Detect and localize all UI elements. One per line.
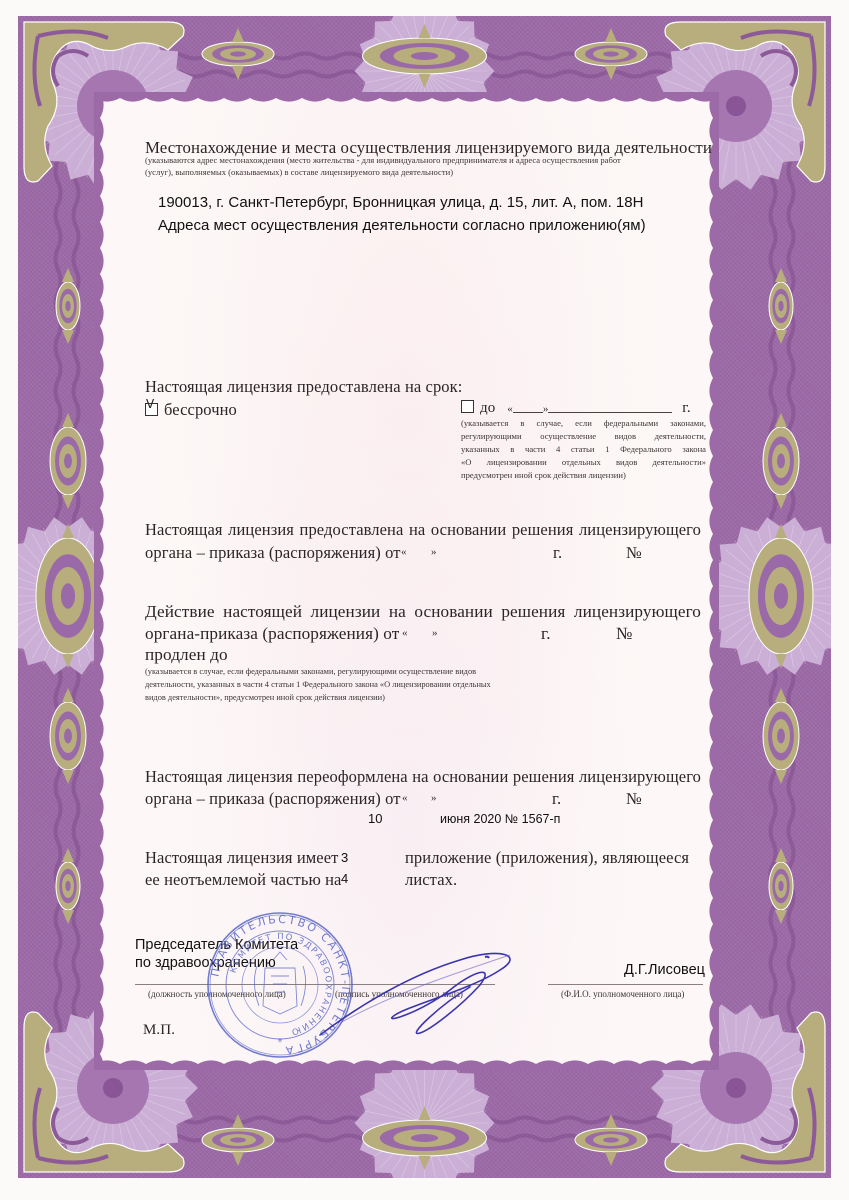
attachments-count: 3 xyxy=(341,850,348,865)
extension-quote-close: » xyxy=(432,627,438,639)
location-note-line2: (услуг), выполняемых (оказываемых) в сос… xyxy=(145,166,453,179)
extension-line3: продлен до xyxy=(145,645,228,665)
attachments-line2-left: ее неотъемлемой частью на xyxy=(145,870,341,890)
basis-line2: органа – приказа (распоряжения) от xyxy=(145,543,401,563)
extension-year-label: г. xyxy=(541,624,551,644)
attachments-line1-right: приложение (приложения), являющееся xyxy=(405,848,689,868)
reissue-filled-day: 10 xyxy=(368,811,382,826)
basis-line1: Настоящая лицензия предоставлена на осно… xyxy=(145,520,701,540)
document-paper xyxy=(94,92,719,1070)
reissue-line2: органа – приказа (распоряжения) от xyxy=(145,789,401,809)
until-month-year-field[interactable] xyxy=(548,400,672,413)
seal-place-label: М.П. xyxy=(143,1022,175,1039)
paper-wavy-edge xyxy=(94,92,719,1070)
term-option-unlimited[interactable]: Vбессрочно xyxy=(145,400,237,420)
until-label: до xyxy=(480,400,495,416)
reissue-quote-close: » xyxy=(431,792,437,804)
basis-quote-open: « xyxy=(401,546,407,558)
term-option-until[interactable]: до «» г. xyxy=(461,400,691,417)
reissue-line1: Настоящая лицензия переоформлена на осно… xyxy=(145,767,701,787)
name-line xyxy=(548,984,703,985)
extension-number-label: № xyxy=(616,624,633,644)
term-heading: Настоящая лицензия предоставлена на срок… xyxy=(145,377,462,397)
extension-line2: органа-приказа (распоряжения) от xyxy=(145,624,399,644)
license-address: 190013, г. Санкт-Петербург, Бронницкая у… xyxy=(158,194,643,211)
activity-places: Адреса мест осуществления деятельности с… xyxy=(158,217,646,234)
reissue-number-label: № xyxy=(626,789,642,809)
reissue-year-label: г. xyxy=(552,789,561,809)
reissue-quote-open: « xyxy=(402,792,408,804)
handwritten-signature xyxy=(300,935,530,1045)
svg-text:*: * xyxy=(278,1037,283,1048)
until-note: (указывается в случае, если федеральными… xyxy=(461,417,706,482)
unlimited-label: бессрочно xyxy=(164,400,237,419)
caption-name: (Ф.И.О. уполномоченного лица) xyxy=(561,989,684,999)
basis-quote-close: » xyxy=(431,546,437,558)
attachments-line2-right: листах. xyxy=(405,870,457,890)
reissue-filled-date-number: июня 2020 № 1567-п xyxy=(440,812,560,826)
signer-name: Д.Г.Лисовец xyxy=(624,962,705,978)
attachments-sheets: 4 xyxy=(341,871,348,886)
check-mark-icon: V xyxy=(146,397,154,411)
extension-line1: Действие настоящей лицензии на основании… xyxy=(145,602,701,622)
extension-quote-open: « xyxy=(402,627,408,639)
basis-number-label: № xyxy=(626,543,642,563)
until-checkbox[interactable] xyxy=(461,400,474,413)
attachments-line1-left: Настоящая лицензия имеет xyxy=(145,848,338,868)
extension-note: (указывается в случае, если федеральными… xyxy=(145,665,491,704)
unlimited-checkbox[interactable]: V xyxy=(145,403,158,416)
basis-year-label: г. xyxy=(553,543,562,563)
until-day-field[interactable] xyxy=(513,400,543,413)
